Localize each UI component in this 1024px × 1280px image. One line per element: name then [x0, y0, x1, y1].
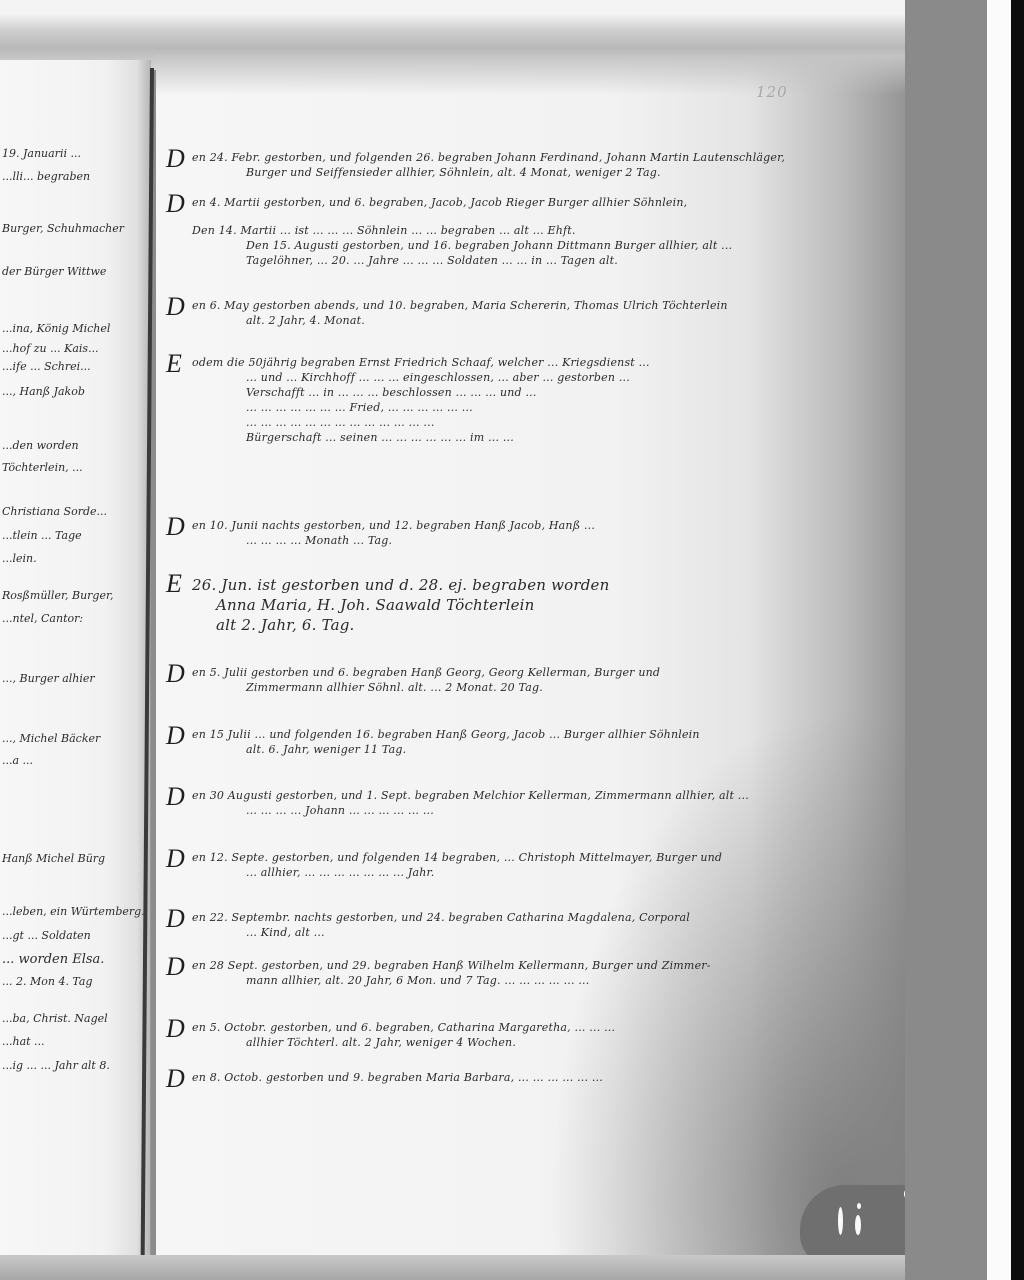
- entry-initial: D: [166, 661, 185, 687]
- entry-initial: D: [166, 784, 185, 810]
- entry-line: en 22. Septembr. nachts gestorben, und 2…: [166, 910, 690, 925]
- entry-initial: D: [166, 723, 185, 749]
- register-entry: Den 5. Octobr. gestorben, und 6. begrabe…: [166, 1020, 615, 1050]
- entry-line: ... ... ... ... Johann ... ... ... ... .…: [166, 803, 749, 818]
- entry-line: ... ... ... ... ... ... ... ... ... ... …: [166, 415, 650, 430]
- register-entry: Den 15 Julii ... und folgenden 16. begra…: [166, 727, 700, 757]
- entry-line: Anna Maria, H. Joh. Saawald Töchterlein: [166, 595, 610, 615]
- entry-initial: E: [166, 351, 182, 377]
- entry-line: Den 14. Martii ... ist ... ... ... Söhnl…: [166, 223, 732, 238]
- left-page-line: ...leben, ein Würtemberg.: [2, 905, 145, 918]
- entry-line: mann allhier, alt. 20 Jahr, 6 Mon. und 7…: [166, 973, 711, 988]
- blotch-mark: [838, 1207, 843, 1235]
- scan-bottom-margin: [0, 1255, 905, 1280]
- register-entry: Den 28 Sept. gestorben, und 29. begraben…: [166, 958, 711, 988]
- left-page-line: ..., Burger alhier: [2, 672, 95, 685]
- left-page-line: ...ig ... ... Jahr alt 8.: [2, 1059, 110, 1072]
- entry-line: ... Kind, alt ...: [166, 925, 690, 940]
- left-page-line: ...ife ... Schrei...: [2, 360, 91, 373]
- left-page-line: Burger, Schuhmacher: [2, 222, 124, 235]
- entry-line: Verschafft ... in ... ... ... beschlosse…: [166, 385, 650, 400]
- register-entry: Den 8. Octob. gestorben und 9. begraben …: [166, 1070, 603, 1085]
- entry-line: en 15 Julii ... und folgenden 16. begrab…: [166, 727, 700, 742]
- entry-line: Den 15. Augusti gestorben, und 16. begra…: [166, 238, 732, 253]
- entry-line: allhier Töchterl. alt. 2 Jahr, weniger 4…: [166, 1035, 615, 1050]
- left-page-line: ...lein.: [2, 552, 37, 565]
- entry-line: alt. 6. Jahr, weniger 11 Tag.: [166, 742, 700, 757]
- entry-line: en 5. Octobr. gestorben, und 6. begraben…: [166, 1020, 615, 1035]
- left-page-line: ... worden Elsa.: [2, 952, 104, 967]
- entry-line: en 5. Julii gestorben und 6. begraben Ha…: [166, 665, 660, 680]
- entry-line: en 24. Febr. gestorben, und folgenden 26…: [166, 150, 785, 165]
- left-page-line: ...hof zu ... Kais...: [2, 342, 99, 355]
- left-page-line: Rosßmüller, Burger,: [2, 589, 114, 602]
- dark-blotch: [800, 1185, 920, 1265]
- register-entry: Den 10. Junii nachts gestorben, und 12. …: [166, 518, 595, 548]
- entry-line: Bürgerschaft ... seinen ... ... ... ... …: [166, 430, 650, 445]
- left-page-line: ..., Hanß Jakob: [2, 385, 85, 398]
- left-page-line: ...den worden: [2, 439, 79, 452]
- left-page-line: Töchterlein, ...: [2, 461, 83, 474]
- entry-line: ... ... ... ... Monath ... Tag.: [166, 533, 595, 548]
- page-top-shade: [156, 55, 916, 95]
- register-entry: Den 30 Augusti gestorben, und 1. Sept. b…: [166, 788, 749, 818]
- register-entry: Eodem die 50jährig begraben Ernst Friedr…: [166, 355, 650, 445]
- entry-initial: D: [166, 294, 185, 320]
- entry-initial: D: [166, 1016, 185, 1042]
- register-entry: Den 14. Martii ... ist ... ... ... Söhnl…: [166, 223, 732, 268]
- entry-line: en 10. Junii nachts gestorben, und 12. b…: [166, 518, 595, 533]
- register-entry: Den 5. Julii gestorben und 6. begraben H…: [166, 665, 660, 695]
- left-page-line: ...lli... begraben: [2, 170, 90, 183]
- left-page-line: Christiana Sorde...: [2, 505, 107, 518]
- entry-line: ... und ... Kirchhoff ... ... ... einges…: [166, 370, 650, 385]
- left-page-fragment: 19. Januarii ......lli... begrabenBurger…: [0, 60, 150, 1260]
- entry-initial: D: [166, 1066, 185, 1092]
- left-page-line: Hanß Michel Bürg: [2, 852, 105, 865]
- blotch-mark: [857, 1203, 861, 1209]
- entry-line: en 12. Septe. gestorben, und folgenden 1…: [166, 850, 722, 865]
- left-page-line: ...a ...: [2, 754, 33, 767]
- entry-line: alt 2. Jahr, 6. Tag.: [166, 615, 610, 635]
- entry-line: Tagelöhner, ... 20. ... Jahre ... ... ..…: [166, 253, 732, 268]
- entry-initial: E: [166, 571, 182, 597]
- left-page-line: ...ntel, Cantor:: [2, 612, 83, 625]
- entry-line: Zimmermann allhier Söhnl. alt. ... 2 Mon…: [166, 680, 660, 695]
- entry-line: en 28 Sept. gestorben, und 29. begraben …: [166, 958, 711, 973]
- entry-initial: D: [166, 846, 185, 872]
- entry-line: en 6. May gestorben abends, und 10. begr…: [166, 298, 728, 313]
- entry-line: en 4. Martii gestorben, und 6. begraben,…: [166, 195, 687, 210]
- left-page-line: ...gt ... Soldaten: [2, 929, 91, 942]
- entry-initial: D: [166, 954, 185, 980]
- entry-initial: D: [166, 514, 185, 540]
- register-entry: E26. Jun. ist gestorben und d. 28. ej. b…: [166, 575, 610, 635]
- register-entry: Den 24. Febr. gestorben, und folgenden 2…: [166, 150, 785, 180]
- entry-line: 26. Jun. ist gestorben und d. 28. ej. be…: [166, 575, 610, 595]
- blotch-mark: [855, 1215, 861, 1235]
- entry-line: Burger und Seiffensieder allhier, Söhnle…: [166, 165, 785, 180]
- scan-right-background: [905, 0, 987, 1280]
- entry-line: ... ... ... ... ... ... ... Fried, ... .…: [166, 400, 650, 415]
- entry-line: en 8. Octob. gestorben und 9. begraben M…: [166, 1070, 603, 1085]
- manuscript-page: 120 Den 24. Febr. gestorben, und folgend…: [156, 55, 916, 1260]
- left-page-line: ...hat ...: [2, 1035, 45, 1048]
- register-entry: Den 12. Septe. gestorben, und folgenden …: [166, 850, 722, 880]
- page-number: 120: [756, 83, 788, 101]
- entry-initial: D: [166, 191, 185, 217]
- left-page-line: ...tlein ... Tage: [2, 529, 82, 542]
- entry-line: alt. 2 Jahr, 4. Monat.: [166, 313, 728, 328]
- entry-line: en 30 Augusti gestorben, und 1. Sept. be…: [166, 788, 749, 803]
- entry-initial: D: [166, 906, 185, 932]
- register-entry: Den 22. Septembr. nachts gestorben, und …: [166, 910, 690, 940]
- left-page-line: ... 2. Mon 4. Tag: [2, 975, 93, 988]
- left-page-line: ...ina, König Michel: [2, 322, 110, 335]
- entry-line: ... allhier, ... ... ... ... ... ... ...…: [166, 865, 722, 880]
- scan-right-black-strip: [1011, 0, 1024, 1280]
- left-page-line: ..., Michel Bäcker: [2, 732, 100, 745]
- left-page-line: der Bürger Wittwe: [2, 265, 106, 278]
- left-page-line: ...ba, Christ. Nagel: [2, 1012, 108, 1025]
- register-entry: Den 6. May gestorben abends, und 10. beg…: [166, 298, 728, 328]
- left-page-line: 19. Januarii ...: [2, 147, 81, 160]
- entry-initial: D: [166, 146, 185, 172]
- entry-line: odem die 50jährig begraben Ernst Friedri…: [166, 355, 650, 370]
- register-entry: Den 4. Martii gestorben, und 6. begraben…: [166, 195, 687, 210]
- scan-right-white-strip: [987, 0, 1011, 1280]
